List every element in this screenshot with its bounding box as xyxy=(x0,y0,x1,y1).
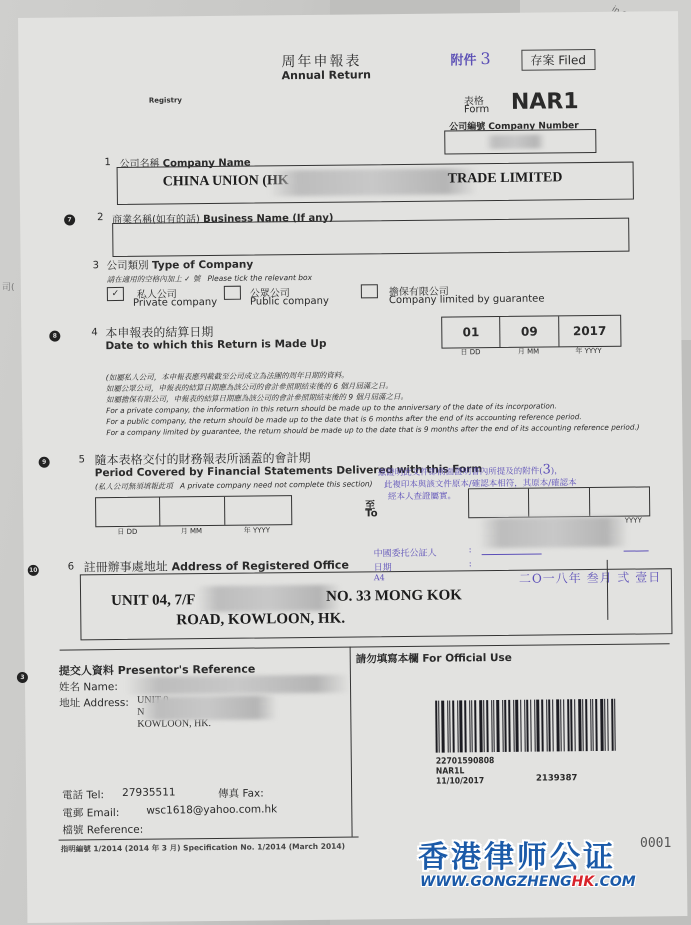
margin-bullet-icon: 7 xyxy=(64,214,75,225)
url-suffix: .COM xyxy=(594,874,635,890)
redacted-blur xyxy=(137,695,277,720)
section-number: 6 xyxy=(68,561,74,572)
barcode-date: 11/10/2017 xyxy=(436,775,618,787)
instruction-zh: 請在適用的空格內加上 ✓ 號 xyxy=(107,274,201,284)
return-date-label-en: Date to which this Return is Made Up xyxy=(105,338,326,352)
guarantee-company-checkbox[interactable] xyxy=(361,284,378,298)
presentor-email-value: wsc1618@yahoo.com.hk xyxy=(146,803,277,816)
section-number: 5 xyxy=(79,454,85,465)
month-caption: 月 MM xyxy=(499,346,557,357)
period-from-field[interactable] xyxy=(95,495,292,527)
label-zh: 公司類別 xyxy=(107,260,149,272)
year-caption: 年 YYYY xyxy=(223,525,290,536)
return-date-notes-en: For a private company, the information i… xyxy=(106,399,651,438)
option-label-en: Public company xyxy=(250,295,370,307)
margin-bullet-icon: 8 xyxy=(49,331,60,342)
redacted-blur xyxy=(268,168,478,196)
presentor-tel-label: 電話 Tel: xyxy=(62,787,104,802)
section-number: 4 xyxy=(91,327,97,338)
watermark-title: 香港律师公证 xyxy=(418,832,616,876)
page-serial-number: 0001 xyxy=(640,836,671,851)
url-prefix: WWW.GONGZHENG xyxy=(420,874,572,890)
attachment-label: 附件 xyxy=(450,53,476,68)
redacted-blur xyxy=(196,585,341,613)
address-line-1-end: NO. 33 MONG KOK xyxy=(326,587,462,605)
notary-attachment-number: 3 xyxy=(543,462,551,477)
presentor-name-label: 姓名 Name: xyxy=(59,679,118,695)
presentor-reference-label: 檔號 Reference: xyxy=(62,822,143,838)
company-type-label: 公司類別 Type of Company xyxy=(107,257,254,274)
section-number: 2 xyxy=(97,212,103,223)
barcode-icon xyxy=(435,699,618,753)
specification-footer: 指明編號 1/2014 (2014 年 3 月) Specification N… xyxy=(61,841,345,855)
note-en: A private company need not complete this… xyxy=(180,479,373,490)
url-highlight: HK xyxy=(572,874,595,890)
day-caption: 日 DD xyxy=(441,347,499,358)
company-type-instruction: 請在適用的空格內加上 ✓ 號 Please tick the relevant … xyxy=(107,272,312,285)
company-name-field[interactable]: CHINA UNION (HK TRADE LIMITED xyxy=(117,162,634,205)
private-company-checkbox[interactable]: ✓ xyxy=(107,287,124,301)
background-text: 司( xyxy=(2,280,15,293)
label-zh: 註冊辦事處地址 xyxy=(84,559,168,574)
barcode-reference: 2139387 xyxy=(536,773,578,783)
instruction-en: Please tick the relevant box xyxy=(207,273,312,283)
margin-bullet-icon: 3 xyxy=(17,672,28,683)
form-title-en: Annual Return xyxy=(282,68,371,82)
barcode-caption: 22701590808 NAR1L 11/10/2017 xyxy=(436,755,618,787)
registry-logo-text: Registry xyxy=(149,96,182,104)
attachment-number: 3 xyxy=(480,49,490,68)
section-number: 3 xyxy=(93,260,99,271)
period-to-label-en: To xyxy=(365,508,377,519)
address-line-2: ROAD, KOWLOON, HK. xyxy=(176,611,345,630)
annual-return-form: 周年申報表 Annual Return 附件3 存案 Filed Registr… xyxy=(18,11,687,923)
period-from-day[interactable] xyxy=(96,498,161,527)
redacted-blur xyxy=(125,675,350,695)
label-en: Type of Company xyxy=(152,259,253,272)
section-divider xyxy=(60,643,670,650)
presentor-email-label: 電郵 Email: xyxy=(62,805,119,821)
return-date-field[interactable]: 01 09 2017 xyxy=(441,315,621,349)
business-name-field[interactable] xyxy=(112,218,629,257)
form-code: NAR1 xyxy=(511,89,579,115)
filed-stamp: 存案 Filed xyxy=(521,49,595,71)
watermark-url: WWW.GONGZHENGHK.COM xyxy=(420,874,636,890)
redacted-blur xyxy=(485,134,545,149)
company-number-field[interactable] xyxy=(444,129,596,155)
return-date-month: 09 xyxy=(501,316,560,347)
notary-signature-line xyxy=(624,550,649,551)
return-date-year: 2017 xyxy=(559,316,621,347)
attachment-annotation: 附件3 xyxy=(450,49,490,68)
company-name-value-end: TRADE LIMITED xyxy=(448,170,563,187)
presentor-title-zh: 提交人資料 xyxy=(59,664,114,678)
presentor-tel-value: 27935511 xyxy=(122,786,176,799)
redacted-blur xyxy=(478,517,628,549)
period-from-month[interactable] xyxy=(160,497,225,526)
notary-colon: : xyxy=(469,559,472,569)
registered-office-field[interactable]: UNIT 04, 7/F NO. 33 MONG KOK ROAD, KOWLO… xyxy=(80,568,673,640)
period-note: (私人公司無須填報此項 A private company need not c… xyxy=(95,478,373,492)
section-number: 1 xyxy=(104,157,110,168)
month-caption: 月 MM xyxy=(159,526,223,537)
official-use-barcode: 22701590808 NAR1L 11/10/2017 2139387 xyxy=(435,699,618,787)
public-company-checkbox[interactable] xyxy=(224,286,241,300)
option-label-en: Company limited by guarantee xyxy=(389,293,589,306)
margin-bullet-icon: 10 xyxy=(28,565,39,576)
presentor-fax-label: 傳真 Fax: xyxy=(218,785,264,800)
address-line-1-start: UNIT 04, 7/F xyxy=(111,592,196,610)
notary-signature-line xyxy=(482,554,542,556)
return-date-day: 01 xyxy=(442,317,501,348)
notary-certification-stamp: 茲證明此文件即前面證明書內所提及的附件(3)， 此複印本與該文件原本/確認本相符… xyxy=(378,463,668,503)
presentor-address-label: 地址 Address: xyxy=(59,695,129,711)
official-use-title: 請勿填寫本欄 For Official Use xyxy=(356,650,512,667)
year-caption: 年 YYYY xyxy=(557,346,619,357)
day-caption: 日 DD xyxy=(95,527,159,538)
margin-bullet-icon: 9 xyxy=(39,457,50,468)
column-divider xyxy=(350,647,353,837)
form-label-en: Form xyxy=(464,104,489,115)
notary-label: 中國委托公証人 xyxy=(374,546,437,560)
period-from-year[interactable] xyxy=(225,496,292,525)
note-zh: (私人公司無須填報此項 xyxy=(95,481,173,491)
notary-colon: : xyxy=(469,545,472,555)
